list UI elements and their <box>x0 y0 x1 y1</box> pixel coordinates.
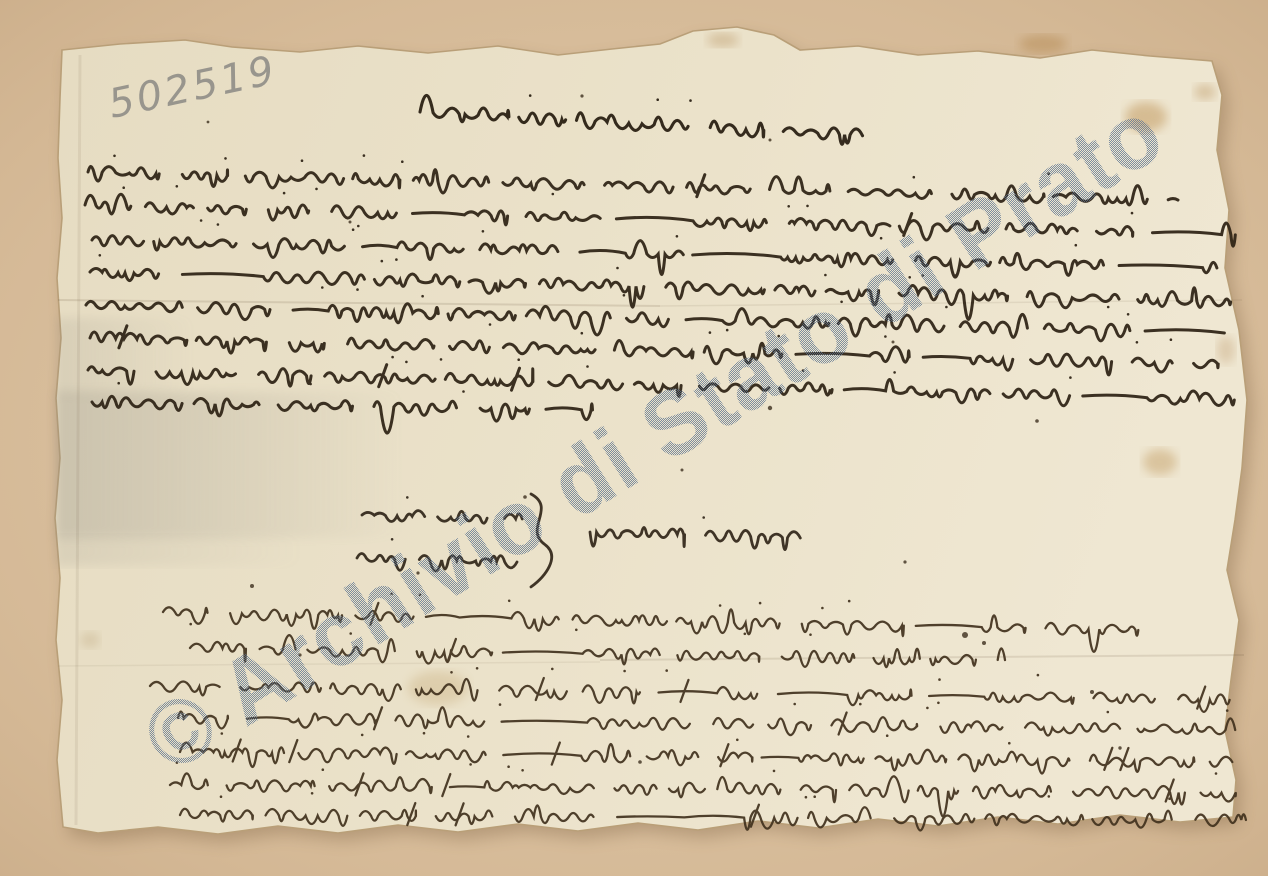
ink-dot <box>1041 795 1044 798</box>
ink-dot <box>702 516 705 519</box>
ink-dot <box>462 390 465 393</box>
ink-dot <box>224 157 227 160</box>
ink-dot <box>1075 244 1078 247</box>
scan-canvas: 502519 © Archivio di Stato di Prato <box>0 0 1268 876</box>
ink-dot <box>122 186 125 189</box>
ink-dot <box>405 361 408 364</box>
ink-dot <box>581 332 584 335</box>
ink-dot <box>482 230 485 233</box>
ink-dot <box>859 703 862 706</box>
ink-dot <box>926 707 929 710</box>
ink-dot <box>117 382 120 385</box>
ink-dot <box>689 99 692 102</box>
ink-dot <box>311 792 314 795</box>
ink-dot <box>793 703 796 706</box>
gray-wash <box>56 536 306 566</box>
ink-dot <box>401 160 404 163</box>
ink-dot <box>283 192 286 195</box>
ink-dot <box>423 732 426 735</box>
ink-dot <box>893 371 896 374</box>
ink-dot <box>886 734 889 737</box>
ink-dot <box>508 600 511 603</box>
stain <box>1194 84 1216 100</box>
ink-dot <box>552 193 555 196</box>
ink-dot <box>521 769 524 772</box>
ink-dot <box>809 633 812 636</box>
ink-dot <box>440 358 443 361</box>
gray-wash <box>56 392 406 538</box>
ink-dot <box>1107 711 1110 714</box>
ink-dot <box>913 176 916 179</box>
ink-dot <box>315 188 318 191</box>
ink-dot <box>517 358 520 361</box>
ink-dot <box>773 770 776 773</box>
ink-dot <box>709 331 712 334</box>
ink-dot <box>391 356 394 359</box>
ink-dot <box>1008 742 1011 745</box>
speck <box>638 760 642 764</box>
ink-dot <box>736 739 739 742</box>
ink-dot <box>787 205 790 208</box>
stain <box>1143 449 1177 475</box>
ink-dot <box>395 258 398 261</box>
ink-dot <box>467 735 470 738</box>
speck <box>349 221 352 224</box>
ink-dot <box>1226 709 1229 712</box>
speck <box>1090 690 1094 694</box>
ink-dot <box>1170 338 1173 341</box>
ink-dot <box>1127 313 1130 316</box>
ink-dot <box>805 796 808 799</box>
ink-dot <box>529 94 532 97</box>
ink-dot <box>99 254 102 257</box>
ink-dot <box>1215 772 1218 775</box>
ink-dot <box>450 671 453 674</box>
ink-dot <box>1107 306 1110 309</box>
ink-dot <box>499 703 502 706</box>
manuscript-scan: 502519 © Archivio di Stato di Prato <box>0 0 1268 876</box>
speck <box>250 584 254 588</box>
ink-dot <box>719 604 722 607</box>
stain <box>1019 35 1067 53</box>
ink-dot <box>363 154 366 157</box>
ink-dot <box>616 267 619 270</box>
ink-dot <box>357 225 360 228</box>
ink-dot <box>507 765 510 768</box>
ink-dot <box>656 98 659 101</box>
ink-dot <box>322 768 325 771</box>
ink-dot <box>176 185 179 188</box>
ink-dot <box>551 668 554 671</box>
ink-dot <box>813 795 816 798</box>
ink-dot <box>200 219 203 222</box>
ink-dot <box>406 496 409 499</box>
stain <box>408 671 468 705</box>
speck <box>207 121 210 124</box>
ink-dot <box>321 286 324 289</box>
ink-dot <box>1168 797 1171 800</box>
stain <box>707 33 739 47</box>
speck <box>580 94 583 97</box>
ink-dot <box>1037 674 1040 677</box>
stain <box>1217 336 1235 364</box>
ink-dot <box>489 323 492 326</box>
ink-dot <box>665 669 668 672</box>
speck <box>903 560 906 563</box>
ink-dot <box>352 228 355 231</box>
ink-dot <box>744 633 747 636</box>
ink-dot <box>575 629 578 632</box>
ink-dot <box>937 702 940 705</box>
ink-dot <box>806 205 809 208</box>
ink-dot <box>1131 212 1134 215</box>
ink-dot <box>476 667 479 670</box>
ink-dot <box>217 223 220 226</box>
ink-dot <box>309 383 312 386</box>
ink-dot <box>220 795 223 798</box>
ink-dot <box>759 602 762 605</box>
ink-dot <box>938 678 941 681</box>
speck <box>1118 746 1121 749</box>
ink-dot <box>1136 341 1139 344</box>
ink-dot <box>1048 795 1051 798</box>
ink-dot <box>586 365 589 368</box>
ink-dot <box>1069 376 1072 379</box>
speck <box>982 641 986 645</box>
ink-dot <box>356 288 359 291</box>
speck <box>769 139 772 142</box>
ink-dot <box>676 235 679 238</box>
ink-dot <box>361 734 364 737</box>
speck <box>1035 419 1039 423</box>
ink-dot <box>381 260 384 263</box>
ink-dot <box>113 155 116 158</box>
ink-dot <box>301 159 304 162</box>
ink-dot <box>623 670 626 673</box>
speck <box>962 632 968 638</box>
ink-dot <box>421 295 424 298</box>
ink-dot <box>469 763 472 766</box>
ink-dot <box>821 607 824 610</box>
ink-dot <box>623 294 626 297</box>
ink-dot <box>189 623 192 626</box>
stain <box>80 632 100 648</box>
ink-dot <box>848 600 851 603</box>
